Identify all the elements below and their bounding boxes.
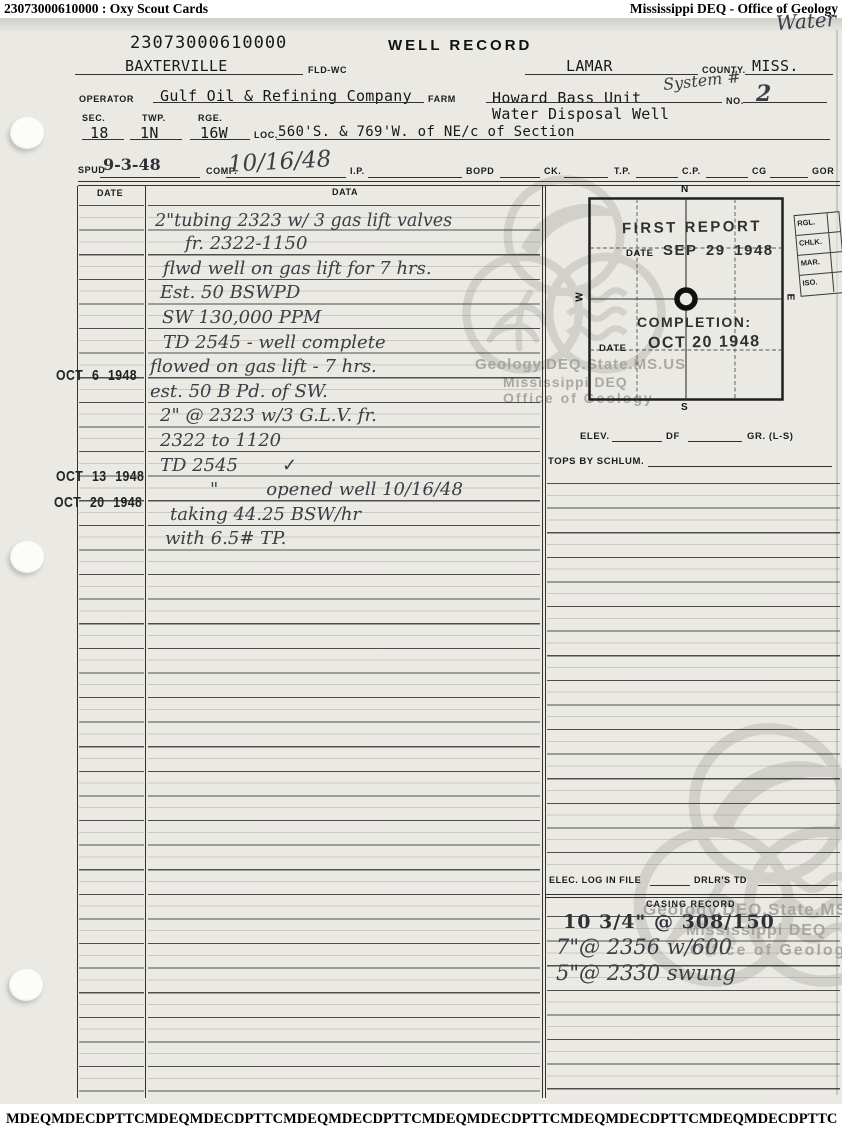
tops-by-schlum-label: TOPS BY SCHLUM. — [548, 457, 644, 467]
date-column-header: DATE — [97, 189, 123, 198]
casing-record-title: CASING RECORD — [646, 900, 736, 909]
table-left-border — [77, 186, 78, 1098]
compass-west-label: W — [576, 292, 586, 301]
log-entry: 2" @ 2323 w/3 G.L.V. fr. — [160, 402, 377, 426]
strat-divider — [826, 213, 829, 232]
log-entry-text: 2" @ 2323 w/3 G.L.V. fr. — [160, 407, 377, 426]
well-no-label: NO. — [726, 97, 744, 106]
ck-label: CK. — [544, 167, 561, 176]
drlrs-td-label: DRLR'S TD — [694, 876, 747, 885]
loc-label: LOC. — [254, 131, 278, 140]
tp-underline — [636, 177, 678, 178]
log-entry-text: TD 2545 - well complete — [163, 334, 386, 353]
fld-wc-label: FLD-WC — [308, 66, 347, 75]
log-entry-text: Est. 50 BSWPD — [160, 284, 300, 303]
elec-log-underline — [650, 885, 690, 886]
log-entry-text: flowed on gas lift - 7 hrs. — [150, 358, 377, 377]
ip-underline — [368, 177, 462, 178]
date-stamp: OCT 13 1948 — [56, 469, 144, 484]
scan-edge — [0, 18, 842, 31]
twp-underline — [130, 139, 182, 140]
twp-label: TWP. — [142, 114, 166, 123]
footer-item: PTTC — [383, 1105, 422, 1133]
strat-label: CHLK. — [799, 238, 822, 247]
log-entry: 2"tubing 2323 w/ 3 gas lift valves — [155, 206, 452, 230]
scanned-well-record-page: 23073000610000 : Oxy Scout Cards Mississ… — [0, 0, 842, 1133]
log-entry-text: 2"tubing 2323 w/ 3 gas lift valves — [155, 212, 452, 230]
well-id: 23073000610000 — [130, 34, 287, 54]
log-entry: Est. 50 BSWPD — [160, 279, 300, 303]
hole-punch — [9, 969, 43, 1001]
bopd-underline — [500, 177, 540, 178]
rge-underline — [190, 139, 250, 140]
comp-underline — [226, 177, 346, 178]
county-value: LAMAR — [566, 58, 613, 75]
log-entry: est. 50 B Pd. of SW. — [150, 378, 328, 402]
ck-underline — [564, 177, 608, 178]
loc-value: 560'S. & 769'W. of NE/c of Section — [278, 124, 575, 140]
strat-divider — [830, 253, 833, 272]
elec-log-label: ELEC. LOG IN FILE — [549, 876, 641, 885]
strat-label: RGL. — [797, 218, 816, 227]
ditto-mark: " — [210, 481, 218, 500]
operator-underline — [153, 102, 424, 103]
compass-east-label: E — [784, 294, 794, 301]
footer-item: MDECD — [744, 1105, 799, 1133]
casing-row: 5"@ 2330 swung — [556, 962, 736, 985]
log-entry-text: est. 50 B Pd. of SW. — [150, 383, 328, 402]
df-underline — [688, 441, 742, 442]
spud-label: SPUD — [78, 166, 105, 175]
state-underline — [745, 74, 833, 75]
log-entry: TD 2545 ✓ — [160, 452, 297, 476]
footer-item: MDECD — [328, 1105, 383, 1133]
system-hand-note: System # — [662, 68, 741, 94]
strat-check-box: RGL. CHLK. MAR. ISO. — [794, 211, 842, 297]
date-column-ruling — [79, 205, 144, 1098]
log-entry-text: opened well 10/16/48 — [266, 481, 463, 500]
footer-item: MDECD — [51, 1105, 106, 1133]
log-entry-text: SW 130,000 PPM — [162, 309, 321, 328]
operator-label: OPERATOR — [79, 95, 134, 104]
footer-item: MDEQ — [560, 1105, 605, 1133]
field-value: BAXTERVILLE — [125, 58, 228, 75]
completion-date-label: DATE — [599, 344, 627, 354]
log-entry: SW 130,000 PPM — [162, 304, 321, 328]
farm-underline — [486, 102, 722, 103]
completion-date-stamp: OCT 20 1948 — [648, 334, 761, 352]
sec-label: SEC. — [82, 114, 105, 123]
footer-item: MDEQ — [6, 1105, 51, 1133]
state-value: MISS. — [752, 58, 799, 75]
table-top-rule — [78, 181, 840, 182]
cp-underline — [706, 177, 748, 178]
strat-row: ISO. — [800, 272, 842, 295]
record-title: WELL RECORD — [388, 38, 532, 53]
cg-label: CG — [752, 167, 767, 176]
log-entry-text: 2322 to 1120 — [160, 432, 281, 451]
tp-label: T.P. — [614, 167, 631, 176]
footer-item: MDECD — [605, 1105, 660, 1133]
well-type: Water Disposal Well — [492, 106, 669, 123]
footer-item: PTTC — [522, 1105, 561, 1133]
gr-label: GR. (L-S) — [747, 432, 794, 442]
log-entry-text: taking 44.25 BSW/hr — [170, 506, 361, 525]
field-underline — [75, 74, 303, 75]
log-entry-text: fr. 2322-1150 — [185, 235, 307, 254]
right-panel-ruling — [547, 483, 840, 873]
log-entry: flwd well on gas lift for 7 hrs. — [163, 255, 432, 279]
bopd-label: BOPD — [466, 167, 494, 176]
first-report-date-stamp: SEP 29 1948 — [663, 243, 774, 258]
log-entry: taking 44.25 BSW/hr — [170, 501, 361, 525]
elev-underline — [612, 441, 662, 442]
log-entry-text: with 6.5# TP. — [165, 530, 286, 549]
first-report-stamp: FIRST REPORT — [622, 219, 762, 236]
sec-underline — [82, 139, 124, 140]
water-hand-note: Water — [775, 8, 837, 34]
log-entry-text: TD 2545 — [160, 457, 238, 476]
compass-north-label: N — [681, 185, 688, 195]
rge-label: RGE. — [198, 114, 222, 123]
log-entry: with 6.5# TP. — [165, 525, 286, 549]
completion-stamp: COMPLETION: — [637, 315, 752, 329]
log-entry: TD 2545 - well complete — [163, 329, 386, 353]
cg-underline — [770, 177, 808, 178]
spud-underline — [100, 177, 200, 178]
hole-punch — [10, 541, 44, 573]
viewer-header-bar: 23073000610000 : Oxy Scout Cards Mississ… — [0, 0, 842, 18]
casing-section-rule — [546, 894, 842, 895]
log-entry-text: flwd well on gas lift for 7 hrs. — [163, 260, 432, 279]
data-right-divider — [542, 186, 543, 1098]
data-right-divider — [545, 186, 546, 1098]
ip-label: I.P. — [350, 167, 365, 176]
footer-item: PTTC — [106, 1105, 145, 1133]
footer-item: PTTC — [660, 1105, 699, 1133]
log-entry: 2322 to 1120 — [160, 427, 281, 451]
footer-item: PTTC — [799, 1105, 838, 1133]
farm-label: FARM — [428, 95, 456, 104]
elev-label: ELEV. — [580, 432, 610, 442]
footer-item: MDECD — [190, 1105, 245, 1133]
log-entry: " opened well 10/16/48 — [210, 476, 463, 500]
data-column-header: DATA — [332, 188, 358, 197]
drlrs-td-underline — [758, 885, 838, 886]
strat-divider — [828, 233, 831, 252]
log-entry: fr. 2322-1150 — [185, 230, 307, 254]
footer-item: MDEQ — [283, 1105, 328, 1133]
compass-south-label: S — [681, 403, 688, 413]
check-mark: ✓ — [282, 457, 297, 476]
comp-value: 10/16/48 — [227, 147, 331, 178]
footer-item: MDEQ — [422, 1105, 467, 1133]
cp-label: C.P. — [682, 167, 701, 176]
first-report-date-label: DATE — [626, 249, 654, 259]
casing-row: 10 3/4" @ 308/150 — [563, 912, 775, 933]
table-top-rule — [78, 185, 840, 186]
date-stamp: OCT 20 1948 — [54, 495, 142, 510]
log-entry: flowed on gas lift - 7 hrs. — [150, 353, 377, 377]
strat-label: MAR. — [800, 258, 820, 267]
well-no-underline — [743, 102, 827, 103]
strat-label: ISO. — [802, 278, 818, 287]
viewer-footer-bar: MDEQMDECDPTTCMDEQMDECDPTTCMDEQMDECDPTTCM… — [0, 1104, 842, 1133]
tops-underline — [648, 466, 832, 467]
date-data-divider — [145, 186, 146, 1098]
gor-label: GOR — [812, 167, 834, 176]
date-stamp: OCT 6 1948 — [56, 368, 137, 383]
viewer-title-left: 23073000610000 : Oxy Scout Cards — [4, 0, 208, 18]
casing-row: 7"@ 2356 w/600 — [556, 936, 732, 959]
footer-item: MDECD — [467, 1105, 522, 1133]
strat-divider — [832, 273, 835, 292]
footer-item: MDEQ — [145, 1105, 190, 1133]
footer-item: MDEQ — [699, 1105, 744, 1133]
footer-item: PTTC — [244, 1105, 283, 1133]
loc-underline — [276, 139, 830, 140]
spud-value: 9-3-48 — [103, 156, 161, 174]
casing-section-rule — [546, 897, 842, 898]
df-label: DF — [666, 432, 680, 442]
hole-punch — [10, 117, 44, 149]
